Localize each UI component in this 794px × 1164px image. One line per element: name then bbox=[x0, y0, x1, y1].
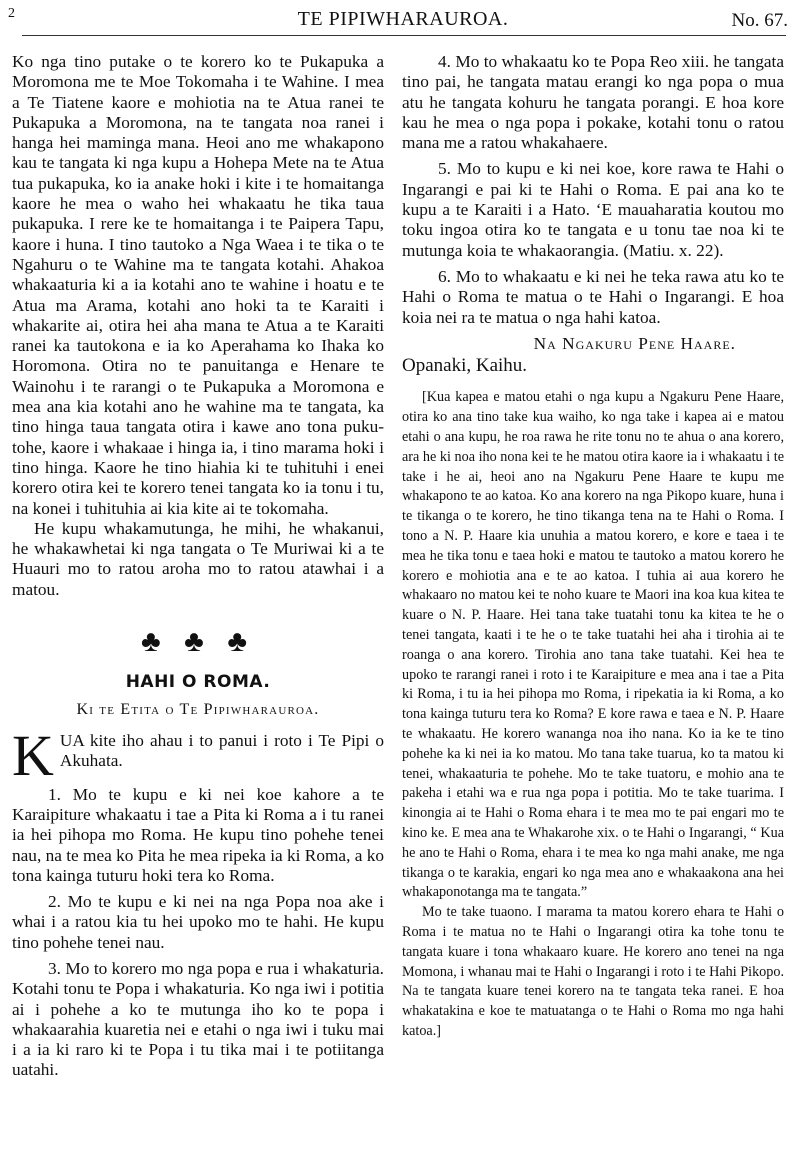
intro-paragraph: Ko nga tino putake o te korero ko te Puk… bbox=[12, 52, 384, 519]
page-header: 2 TE PIPIWHARAUROA. No. 67. bbox=[0, 0, 794, 40]
masthead-title: TE PIPIWHARAUROA. bbox=[286, 8, 509, 30]
left-column: Ko nga tino putake o te korero ko te Puk… bbox=[12, 52, 384, 1081]
header-rule bbox=[22, 35, 786, 36]
point-5: 5. Mo to kupu e ki nei koe, kore rawa te… bbox=[402, 159, 784, 260]
point-1: 1. Mo te kupu e ki nei koe kahore a te K… bbox=[12, 785, 384, 886]
drop-cap-letter: K bbox=[12, 733, 54, 779]
point-3: 3. Mo to korero mo nga popa e rua i whak… bbox=[12, 959, 384, 1081]
editor-note-paragraph-2: Mo te take tuaono. I marama ta matou kor… bbox=[402, 903, 784, 1042]
point-2: 2. Mo te kupu e ki nei na nga Popa noa a… bbox=[12, 892, 384, 953]
clover-ornament-icon: ♣ ♣ ♣ bbox=[12, 622, 384, 662]
issue-number: No. 67. bbox=[732, 10, 788, 32]
point-6: 6. Mo to whakaatu e ki nei he teka rawa … bbox=[402, 267, 784, 328]
author-place: Opanaki, Kaihu. bbox=[402, 356, 784, 376]
closing-paragraph: He kupu whakamutunga, he mihi, he whakan… bbox=[12, 519, 384, 600]
opening-text: UA kite iho ahau i to panui i roto i Te … bbox=[60, 731, 384, 770]
point-4: 4. Mo to whakaatu ko te Popa Reo xiii. h… bbox=[402, 52, 784, 153]
opening-paragraph: K UA kite iho ahau i to panui i roto i T… bbox=[12, 731, 384, 772]
article-subtitle: Ki te Etita o Te Pipiwharauroa. bbox=[12, 700, 384, 720]
newspaper-masthead: TE PIPIWHARAUROA. bbox=[0, 8, 794, 31]
editor-note: [Kua kapea e matou etahi o nga kupu a Ng… bbox=[402, 388, 784, 1041]
author-signature: Na Ngakuru Pene Haare. bbox=[402, 334, 784, 354]
editor-note-paragraph-1: [Kua kapea e matou etahi o nga kupu a Ng… bbox=[402, 388, 784, 903]
article-title: HAHI O ROMA. bbox=[12, 672, 384, 692]
right-column: 4. Mo to whakaatu ko te Popa Reo xiii. h… bbox=[402, 52, 784, 1042]
